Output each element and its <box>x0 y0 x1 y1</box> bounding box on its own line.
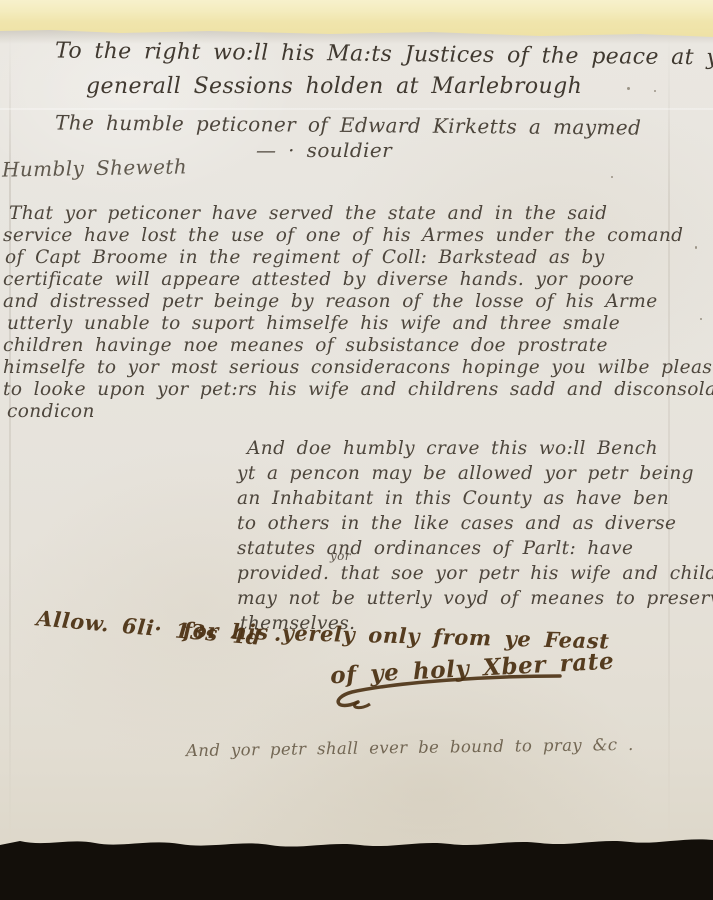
plea-line: yt a pencon may be allowed yor petr bein… <box>237 461 713 486</box>
torn-bottom-edge <box>0 832 713 900</box>
ink-speck <box>627 87 630 90</box>
plea-line: may not be utterly voyd of meanes to pre… <box>237 586 713 611</box>
plea-line: an Inhabitant in this County as have ben <box>237 486 713 511</box>
ink-speck <box>695 246 697 249</box>
plea-line: statutes and ordinances of Parlt: have <box>237 536 713 561</box>
body-line: children havinge noe meanes of subsistan… <box>3 335 713 357</box>
petitioner-line-2: — · souldier <box>256 138 392 162</box>
underline-flourish <box>318 658 588 718</box>
plea-line: provided. that soe yor petr his wife and… <box>237 561 713 586</box>
manuscript-scan: To the right wo:ll his Ma:ts Justices of… <box>0 0 713 900</box>
plea-paragraph: And doe humbly crave this wo:ll Bench yt… <box>237 436 713 636</box>
body-line: utterly unable to suport himselfe his wi… <box>3 313 713 335</box>
petitioner-line-1: The humble peticoner of Edward Kirketts … <box>55 110 641 139</box>
body-line: and distressed petr beinge by reason of … <box>3 291 713 313</box>
body-line: service have lost the use of one of his … <box>3 225 713 247</box>
interlinear-insertion: yor <box>330 549 351 563</box>
body-paragraph: That yor peticoner have served the state… <box>3 203 713 423</box>
body-line: condicon <box>3 401 713 423</box>
plea-line: to others in the like cases and as diver… <box>237 511 713 536</box>
body-line: That yor peticoner have served the state… <box>3 203 713 225</box>
plea-line: And doe humbly crave this wo:ll Bench <box>237 436 713 461</box>
ink-speck <box>700 318 702 320</box>
heading-line-2: generall Sessions holden at Marlebrough <box>86 74 582 99</box>
ink-speck <box>654 90 656 92</box>
ink-speck <box>611 176 613 178</box>
body-line: certificate will appeare attested by div… <box>3 269 713 291</box>
body-line: of Capt Broome in the regiment of Coll: … <box>3 247 713 269</box>
salutation: Humbly Sheweth <box>2 154 187 181</box>
body-line: himselfe to yor most serious consideraco… <box>3 357 713 379</box>
body-line: to looke upon yor pet:rs his wife and ch… <box>3 379 713 401</box>
